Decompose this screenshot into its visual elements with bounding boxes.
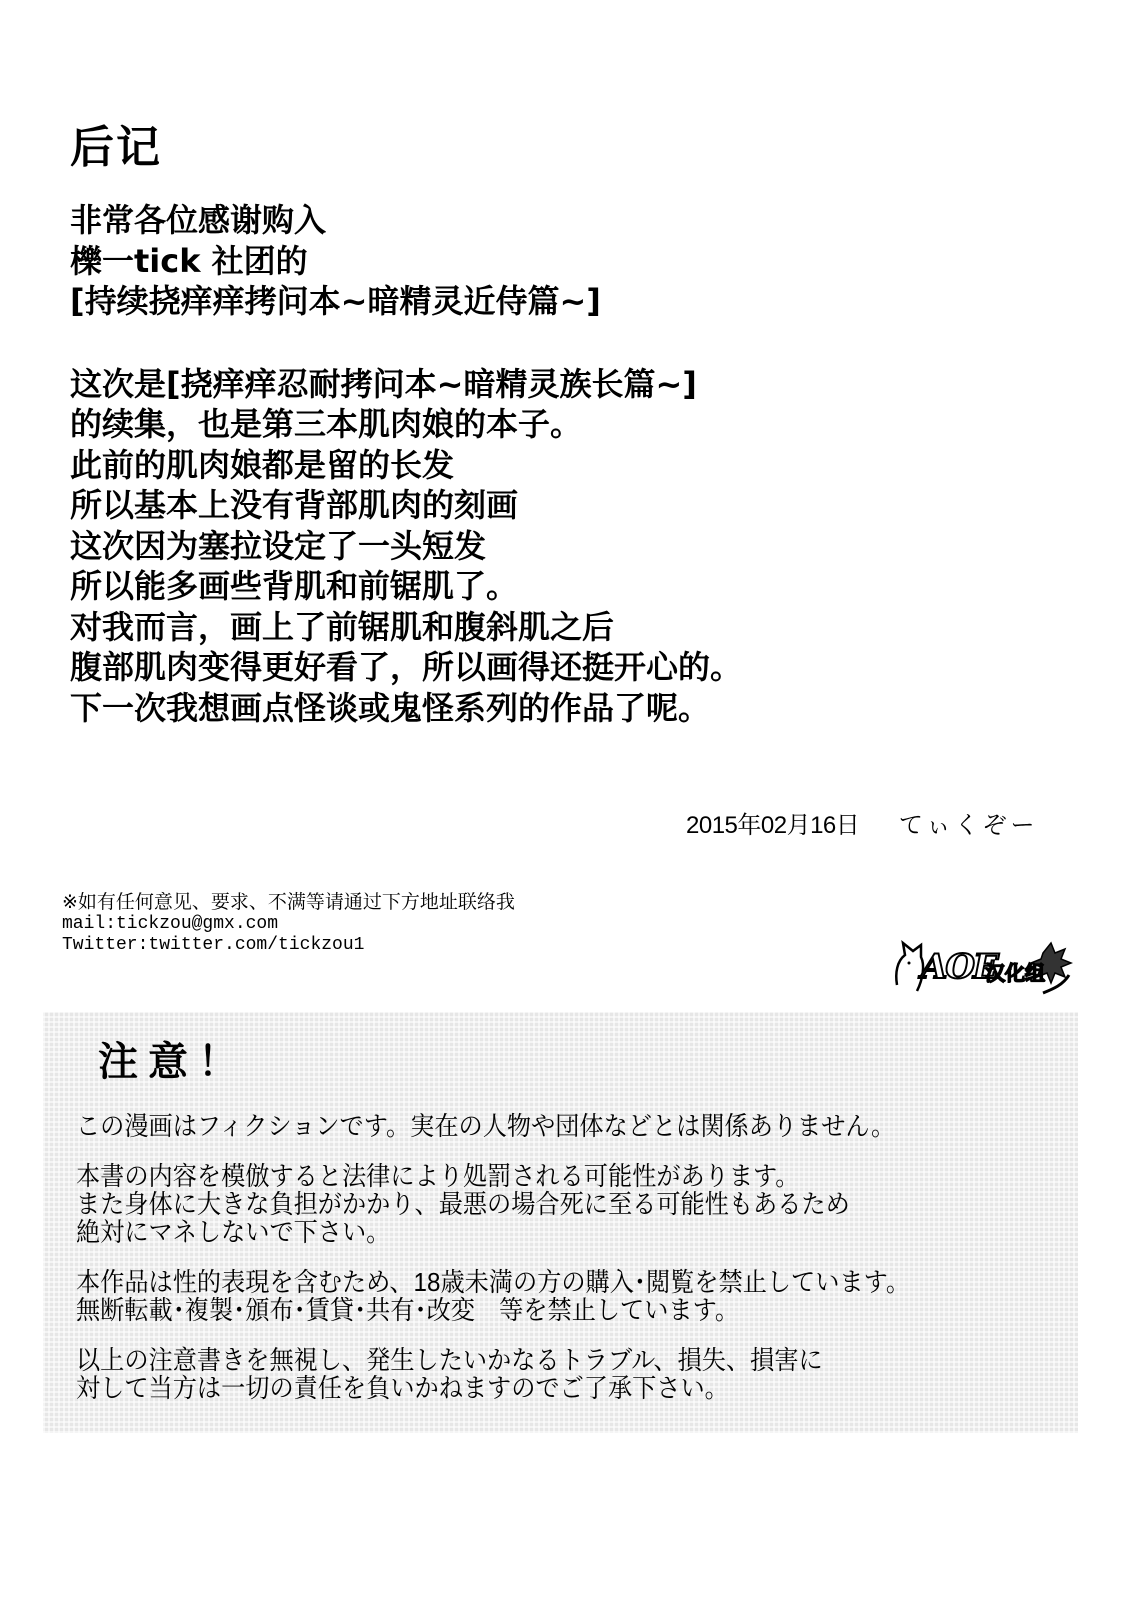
notice-line: 本作品は性的表現を含むため、18歳未満の方の購入･閲覧を禁止しています。 (76, 1268, 1006, 1296)
afterword-line: [持续挠痒痒拷问本~暗精灵近侍篇~] (70, 281, 970, 322)
afterword-line: 下一次我想画点怪谈或鬼怪系列的作品了呢。 (70, 688, 970, 729)
translation-group-logo: AOE 汉化组 (893, 935, 1073, 997)
afterword-line: 腹部肌肉变得更好看了，所以画得还挺开心的。 (70, 647, 970, 688)
afterword-line: 这次因为塞拉设定了一头短发 (70, 526, 970, 567)
logo-group-text: 汉化组 (985, 957, 1045, 986)
notice-line: 以上の注意書きを無視し、発生したいかなるトラブル、損失、損害に (76, 1346, 1006, 1374)
notice-line: 対して当方は一切の責任を負いかねますのでご了承下さい。 (76, 1374, 1006, 1402)
afterword-line: 櫟一tick 社团的 (70, 241, 970, 282)
contact-note: ※如有任何意见、要求、不满等请通过下方地址联络我 (62, 890, 515, 914)
afterword-line: 非常各位感谢购入 (70, 200, 970, 241)
afterword-body: 非常各位感谢购入 櫟一tick 社团的 [持续挠痒痒拷问本~暗精灵近侍篇~] 这… (70, 200, 970, 728)
notice-title: 注意！ (98, 1030, 248, 1087)
afterword-title: 后记 (70, 122, 162, 174)
notice-body: この漫画はフィクションです。実在の人物や団体などとは関係ありません。 本書の内容… (76, 1112, 1006, 1402)
afterword-line: 这次是[挠痒痒忍耐拷问本~暗精灵族长篇~] (70, 364, 970, 405)
signature: 2015年02月16日 てぃくぞー (686, 810, 1038, 841)
notice-line: 絶対にマネしないで下さい。 (76, 1218, 1006, 1246)
afterword-line: 所以能多画些背肌和前锯肌了。 (70, 566, 970, 607)
signature-date: 2015年02月16日 (686, 812, 859, 839)
afterword-line: 所以基本上没有背部肌肉的刻画 (70, 485, 970, 526)
notice-line: 本書の内容を模倣すると法律により処罰される可能性があります。 (76, 1162, 1006, 1190)
paragraph-gap (76, 1324, 1006, 1346)
contact-twitter: Twitter:twitter.com/tickzou1 (62, 935, 515, 956)
paragraph-gap (76, 1246, 1006, 1268)
afterword-line: 的续集，也是第三本肌肉娘的本子。 (70, 404, 970, 445)
notice-box: 注意！ この漫画はフィクションです。実在の人物や団体などとは関係ありません。 本… (43, 1012, 1078, 1433)
signature-author: てぃくぞー (899, 811, 1039, 839)
notice-line: 無断転載･複製･頒布･賃貸･共有･改変 等を禁止しています。 (76, 1296, 1006, 1324)
contact-info: ※如有任何意见、要求、不满等请通过下方地址联络我 mail:tickzou@gm… (62, 890, 515, 956)
afterword-line: 此前的肌肉娘都是留的长发 (70, 445, 970, 486)
notice-line: また身体に大きな負担がかかり、最悪の場合死に至る可能性もあるため (76, 1190, 1006, 1218)
contact-mail: mail:tickzou@gmx.com (62, 914, 515, 935)
paragraph-gap (76, 1140, 1006, 1162)
paragraph-gap (70, 322, 970, 364)
afterword-line: 对我而言，画上了前锯肌和腹斜肌之后 (70, 607, 970, 648)
notice-line: この漫画はフィクションです。実在の人物や団体などとは関係ありません。 (76, 1112, 1006, 1140)
